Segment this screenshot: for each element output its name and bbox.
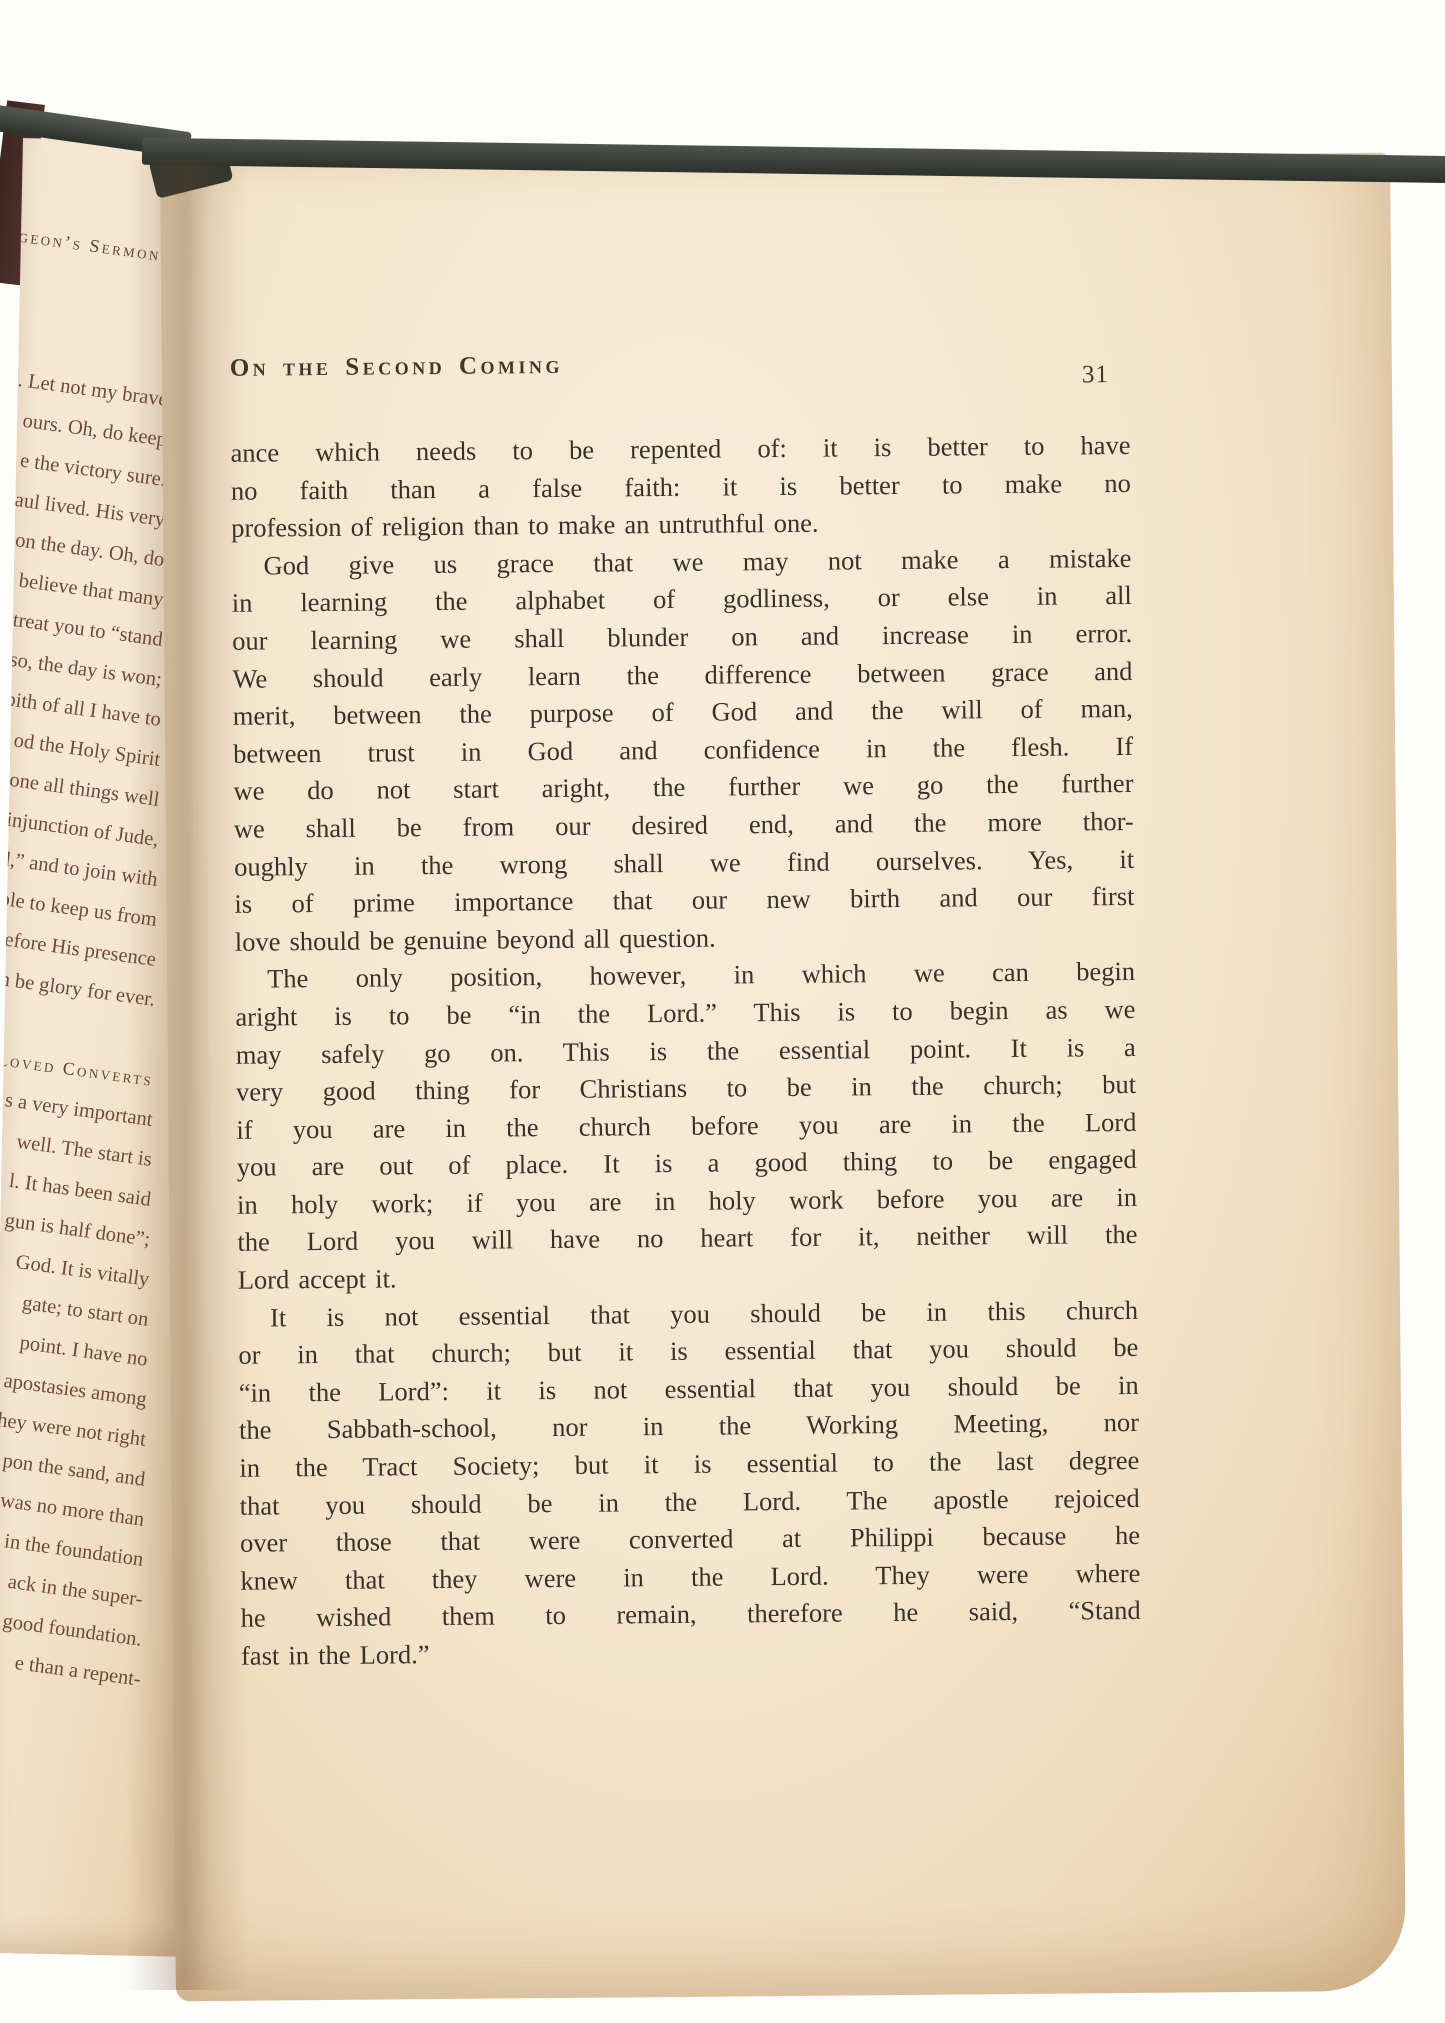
body-text-line: fast in the Lord.” (241, 1630, 1141, 1675)
left-page-lines: Spurgeon’s Sermonsp. Let not my braves o… (0, 227, 171, 1700)
right-page: On the Second Coming 31 ance which needs… (160, 153, 1406, 2002)
body-text: ance which needs to be repented of: it i… (230, 427, 1141, 1675)
body-text-line: is of prime importance that our new birt… (234, 878, 1134, 923)
body-text-line: he wished them to remain, therefore he s… (241, 1592, 1141, 1637)
body-text-line: the Lord you will have no heart for it, … (237, 1216, 1137, 1261)
photo-background: Spurgeon’s Sermonsp. Let not my braves o… (0, 0, 1445, 2023)
left-page-text-line: Spurgeon’s Sermons (0, 179, 173, 276)
running-header: On the Second Coming (230, 352, 563, 383)
page-number: 31 (1082, 361, 1109, 389)
